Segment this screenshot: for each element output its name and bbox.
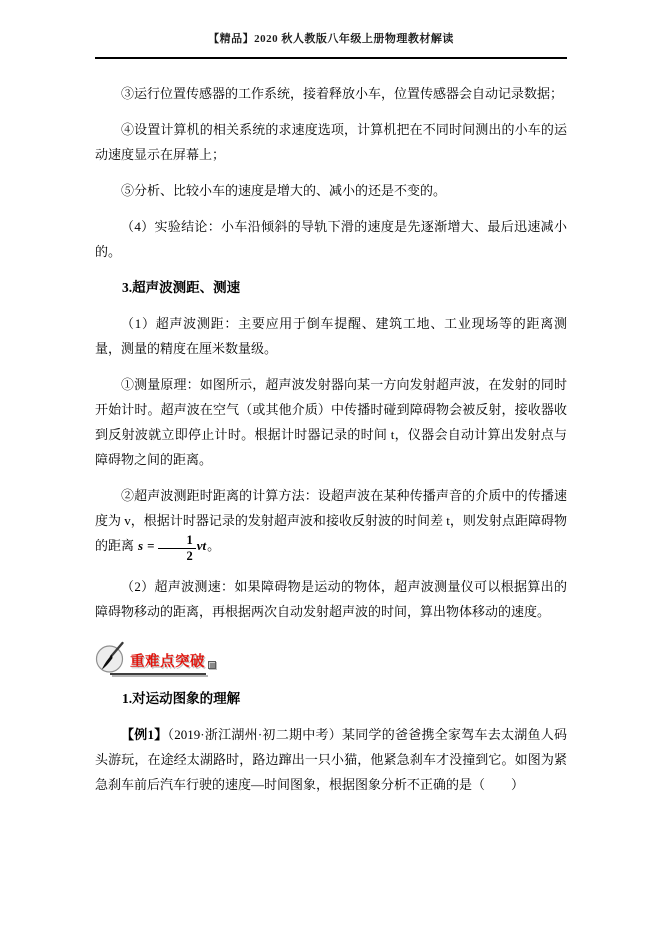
paragraph-step-5: ⑤分析、比较小车的速度是增大的、减小的还是不变的。 — [95, 178, 567, 203]
document-page: 【精品】2020 秋人教版八年级上册物理教材解读 ③运行位置传感器的工作系统，接… — [0, 0, 661, 935]
paragraph-experiment-conclusion: （4）实验结论：小车沿倾斜的导轨下滑的速度是先逐渐增大、最后迅速减小的。 — [95, 214, 567, 264]
paragraph-ultrasonic-speed: （2）超声波测速：如果障碍物是运动的物体，超声波测量仪可以根据算出的障碍物移动的… — [95, 574, 567, 624]
paragraph-example-1: 【例1】（2019·浙江湖州·初二期中考）某同学的爸爸携全家驾车去太湖鱼人码头游… — [95, 722, 567, 797]
heading-motion-graph: 1.对运动图象的理解 — [95, 686, 567, 711]
paragraph-distance-calculation: ②超声波测距时距离的计算方法：设超声波在某种传播声音的介质中的传播速度为 v，根… — [95, 483, 567, 563]
document-header: 【精品】2020 秋人教版八年级上册物理教材解读 — [95, 30, 567, 59]
paragraph-step-4: ④设置计算机的相关系统的求速度选项，计算机把在不同时间测出的小车的运动速度显示在… — [95, 117, 567, 167]
fraction-denominator: 2 — [158, 549, 196, 563]
calc-method-period: 。 — [207, 538, 220, 553]
badge-label: 重难点突破 — [130, 650, 205, 671]
formula-fraction: 12 — [158, 534, 196, 563]
heading-ultrasonic-section: 3.超声波测距、测速 — [95, 275, 567, 300]
paragraph-ultrasonic-ranging: （1）超声波测距：主要应用于倒车提醒、建筑工地、工业现场等的距离测量，测量的精度… — [95, 311, 567, 361]
distance-formula: s=12vt — [137, 538, 207, 553]
brush-icon — [95, 641, 127, 675]
formula-equals: = — [147, 538, 154, 553]
formula-vt: vt — [197, 538, 206, 553]
example-label: 【例1】 — [121, 727, 168, 742]
paragraph-step-3: ③运行位置传感器的工作系统，接着释放小车，位置传感器会自动记录数据； — [95, 81, 567, 106]
section-badge-breakthrough: 重难点突破 — [95, 641, 567, 675]
badge-square-decoration — [208, 661, 216, 669]
badge-underline — [110, 673, 206, 675]
fraction-numerator: 1 — [158, 534, 196, 549]
header-title: 【精品】2020 秋人教版八年级上册物理教材解读 — [208, 33, 454, 45]
paragraph-measurement-principle: ①测量原理：如图所示，超声波发射器向某一方向发射超声波，在发射的同时开始计时。超… — [95, 372, 567, 472]
formula-s: s — [138, 538, 143, 553]
